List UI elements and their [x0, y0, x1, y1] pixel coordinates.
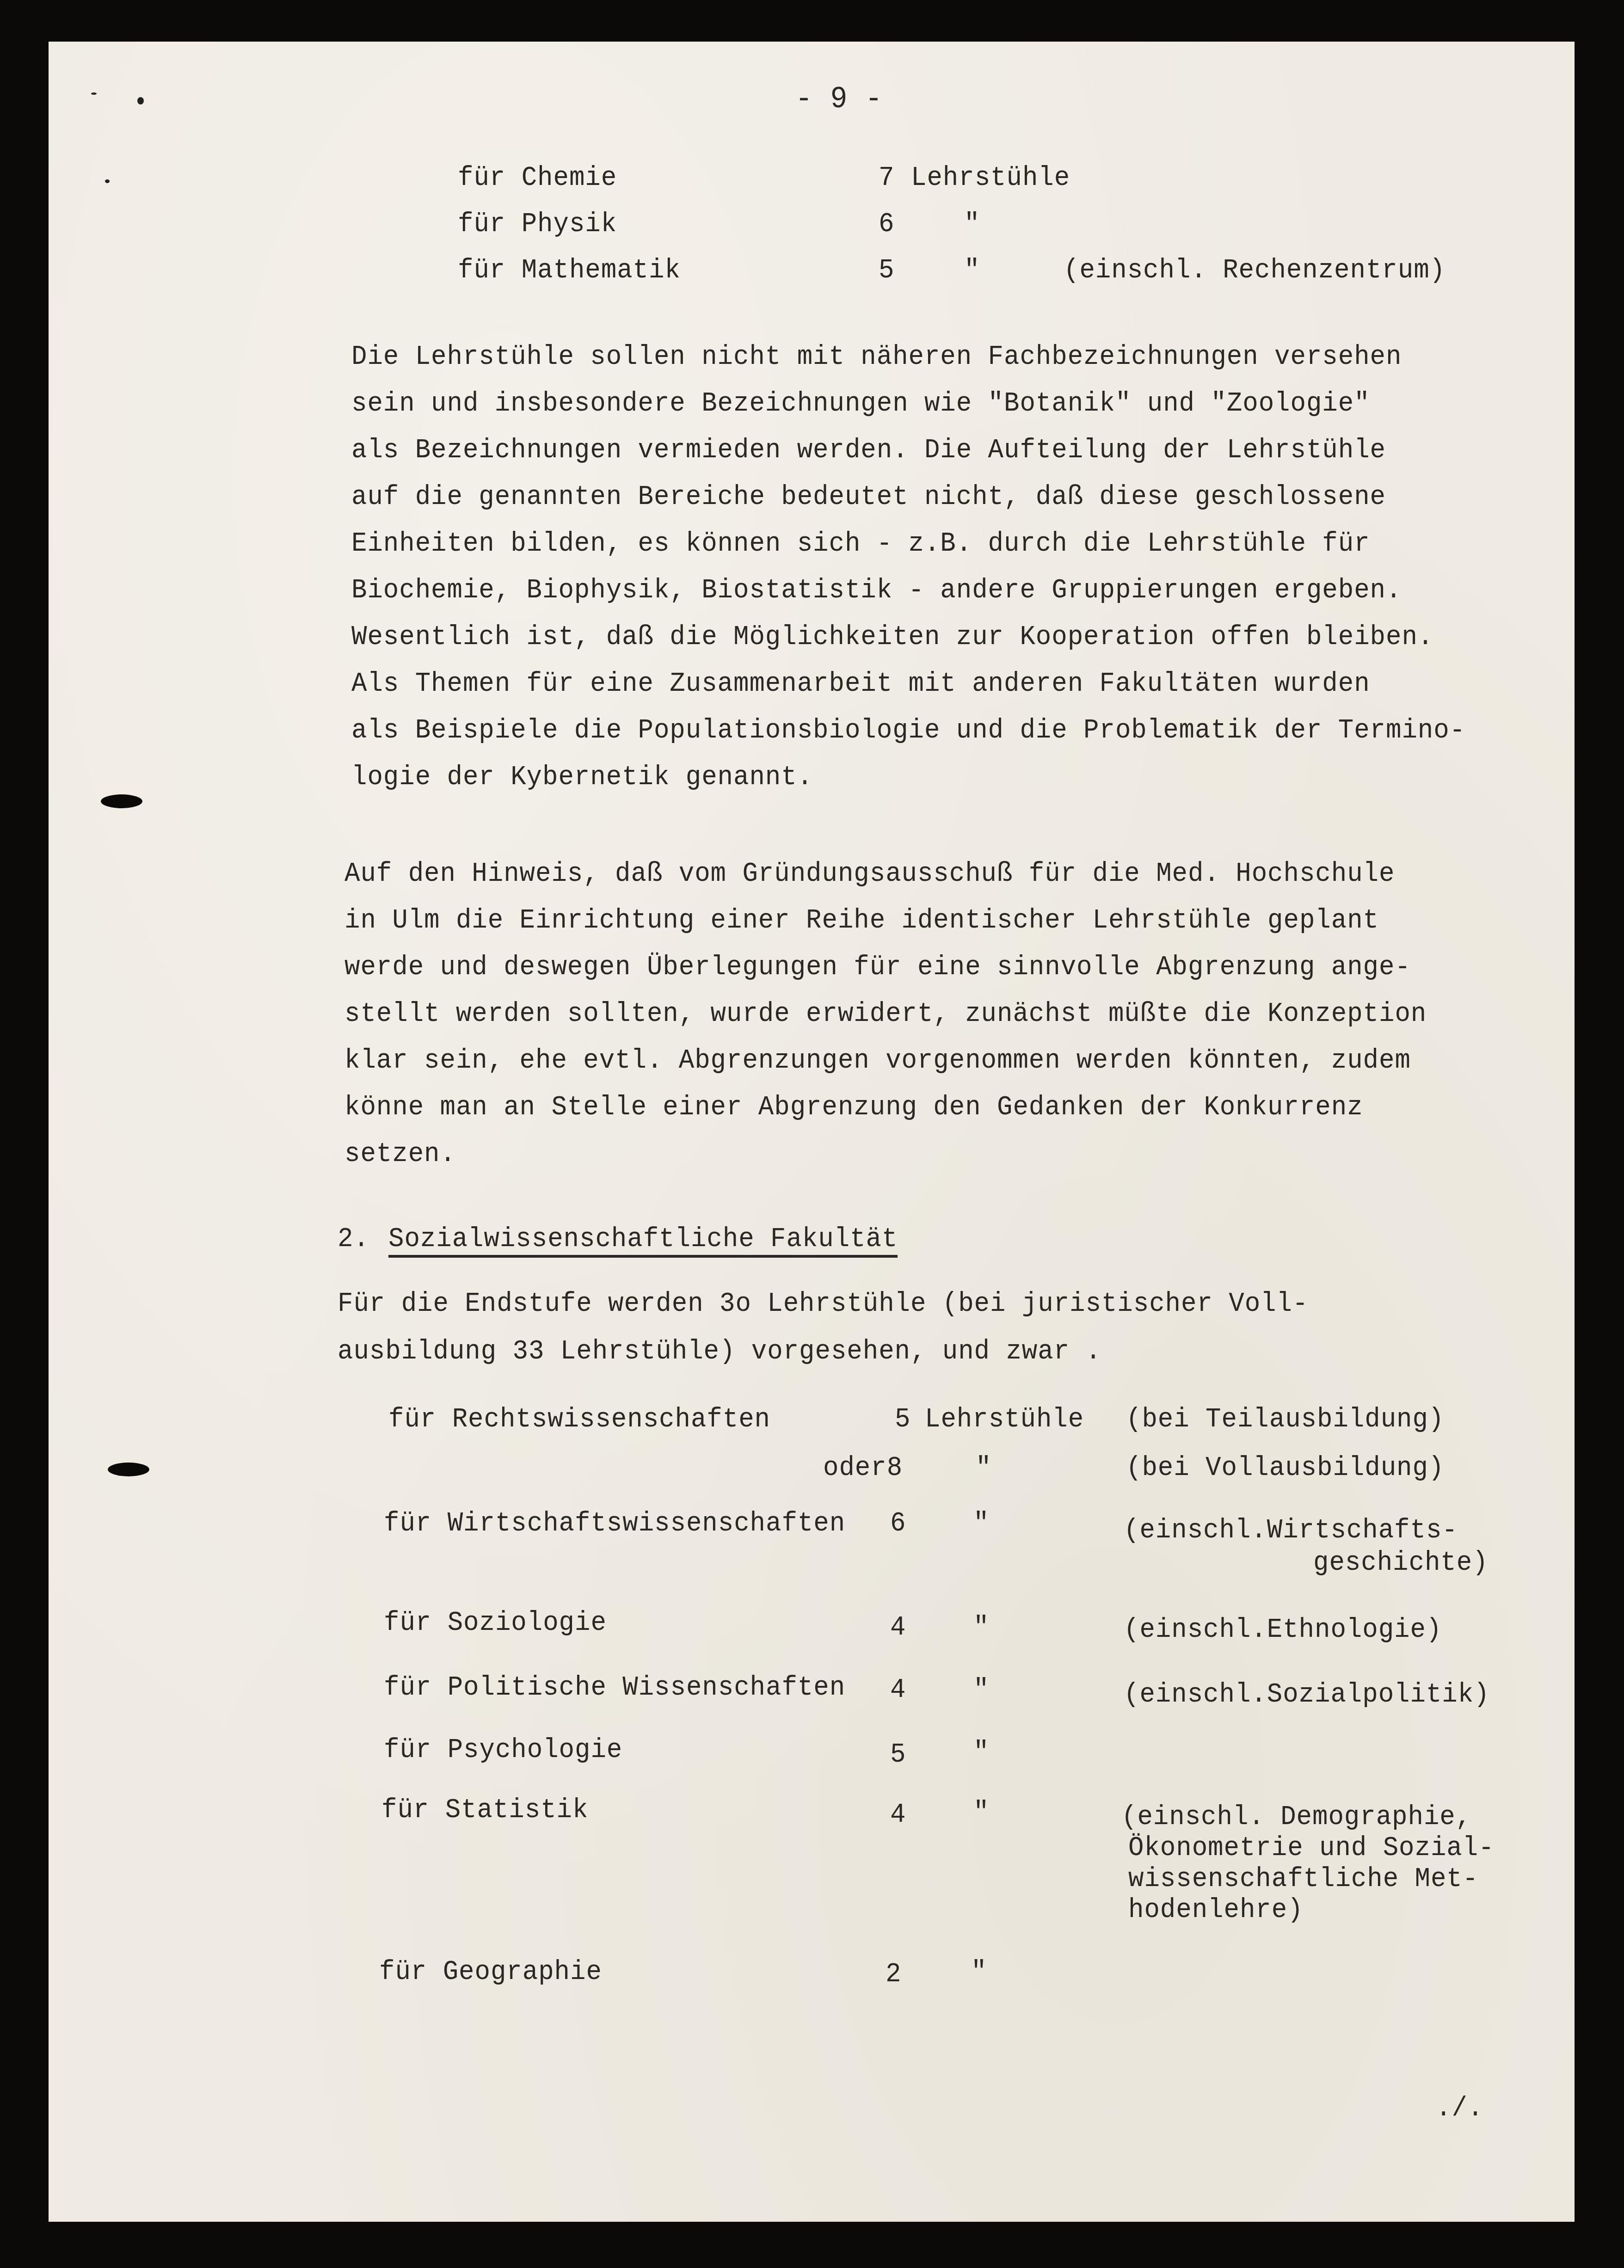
list-note: (einschl. Demographie, — [1121, 1803, 1471, 1831]
list-note: (einschl.Wirtschafts- — [1124, 1517, 1458, 1544]
paragraph-line: stellt werden sollten, wurde erwidert, z… — [344, 1000, 1427, 1028]
list-unit: Lehrstühle — [925, 1406, 1084, 1433]
list-subject: für Rechtswissenschaften — [388, 1406, 770, 1433]
speck-mark — [91, 92, 97, 95]
list-count: 7 — [879, 164, 894, 192]
list-unit: " — [971, 1958, 987, 1986]
paragraph-line: Wesentlich ist, daß die Möglichkeiten zu… — [351, 623, 1433, 651]
paragraph-line: als Bezeichnungen vermieden werden. Die … — [351, 436, 1386, 464]
paragraph-line: Als Themen für eine Zusammenarbeit mit a… — [351, 670, 1370, 698]
paragraph-line: als Beispiele die Populationsbiologie un… — [351, 717, 1465, 744]
section-intro-line: Für die Endstufe werden 3o Lehrstühle (b… — [338, 1290, 1308, 1318]
paragraph-line: setzen. — [344, 1140, 456, 1168]
list-count: 4 — [890, 1676, 906, 1704]
section-number: 2. — [338, 1225, 369, 1253]
list-count: 5 — [890, 1741, 906, 1769]
list-note: (einschl. Rechenzentrum) — [1064, 257, 1446, 284]
list-unit: " — [973, 1614, 989, 1641]
list-note: (einschl.Ethnologie) — [1124, 1616, 1442, 1644]
list-count: 5 — [895, 1406, 910, 1433]
list-subject: für Geographie — [379, 1958, 602, 1986]
list-count: oder8 — [823, 1454, 903, 1482]
list-note: hodenlehre) — [1128, 1896, 1304, 1924]
section-intro-line: ausbildung 33 Lehrstühle) vorgesehen, un… — [338, 1338, 1101, 1365]
paragraph-line: logie der Kybernetik genannt. — [351, 763, 813, 791]
paragraph-line: in Ulm die Einrichtung einer Reihe ident… — [344, 907, 1379, 934]
list-count: 6 — [890, 1510, 906, 1537]
paragraph-line: könne man an Stelle einer Abgrenzung den… — [344, 1094, 1363, 1121]
paragraph-line: klar sein, ehe evtl. Abgrenzungen vorgen… — [344, 1047, 1411, 1075]
list-subject: für Physik — [458, 210, 617, 238]
list-subject: für Wirtschaftswissenschaften — [384, 1510, 845, 1537]
paragraph-line: auf die genannten Bereiche bedeutet nich… — [351, 483, 1386, 511]
list-note: Ökonometrie und Sozial- — [1128, 1834, 1495, 1862]
section-title: Sozialwissenschaftliche Fakultät — [388, 1225, 898, 1258]
list-note: (einschl.Sozialpolitik) — [1124, 1681, 1490, 1709]
list-count: 6 — [879, 210, 894, 238]
list-note: wissenschaftliche Met- — [1128, 1865, 1478, 1893]
list-count: 4 — [890, 1801, 906, 1829]
list-unit: " — [973, 1510, 989, 1537]
paragraph-line: Auf den Hinweis, daß vom Gründungsaussch… — [344, 860, 1395, 888]
page-number: - 9 - — [795, 86, 883, 113]
paragraph-line: Biochemie, Biophysik, Biostatistik - and… — [351, 577, 1402, 604]
list-subject: für Chemie — [458, 164, 617, 192]
list-count: 2 — [886, 1961, 901, 1988]
list-unit: " — [973, 1799, 989, 1826]
speck-mark — [137, 97, 144, 104]
list-unit: " — [973, 1676, 989, 1704]
continuation-mark: ./. — [1436, 2095, 1483, 2122]
list-unit: " — [964, 210, 980, 238]
list-unit: " — [976, 1454, 991, 1482]
list-subject: für Statistik — [381, 1796, 588, 1824]
list-unit: " — [964, 257, 980, 284]
list-subject: für Soziologie — [384, 1609, 607, 1637]
list-note: (bei Teilausbildung) — [1126, 1406, 1444, 1433]
paragraph-line: Einheiten bilden, es können sich - z.B. … — [351, 530, 1370, 558]
punch-hole-top — [101, 794, 142, 808]
list-note: geschichte) — [1313, 1549, 1489, 1577]
list-subject: für Psychologie — [384, 1736, 622, 1764]
list-subject: für Politische Wissenschaften — [384, 1674, 845, 1702]
list-count: 5 — [879, 257, 894, 284]
list-note: (bei Vollausbildung) — [1126, 1454, 1444, 1482]
paragraph-line: sein und insbesondere Bezeichnungen wie … — [351, 390, 1370, 418]
list-count: 4 — [890, 1614, 906, 1641]
list-unit: " — [973, 1739, 989, 1766]
speck-mark — [105, 179, 110, 183]
paragraph-line: werde und deswegen Überlegungen für eine… — [344, 953, 1411, 981]
list-unit: Lehrstühle — [911, 164, 1070, 192]
paragraph-line: Die Lehrstühle sollen nicht mit näheren … — [351, 343, 1402, 371]
punch-hole-bottom — [108, 1463, 149, 1476]
list-subject: für Mathematik — [458, 257, 681, 284]
